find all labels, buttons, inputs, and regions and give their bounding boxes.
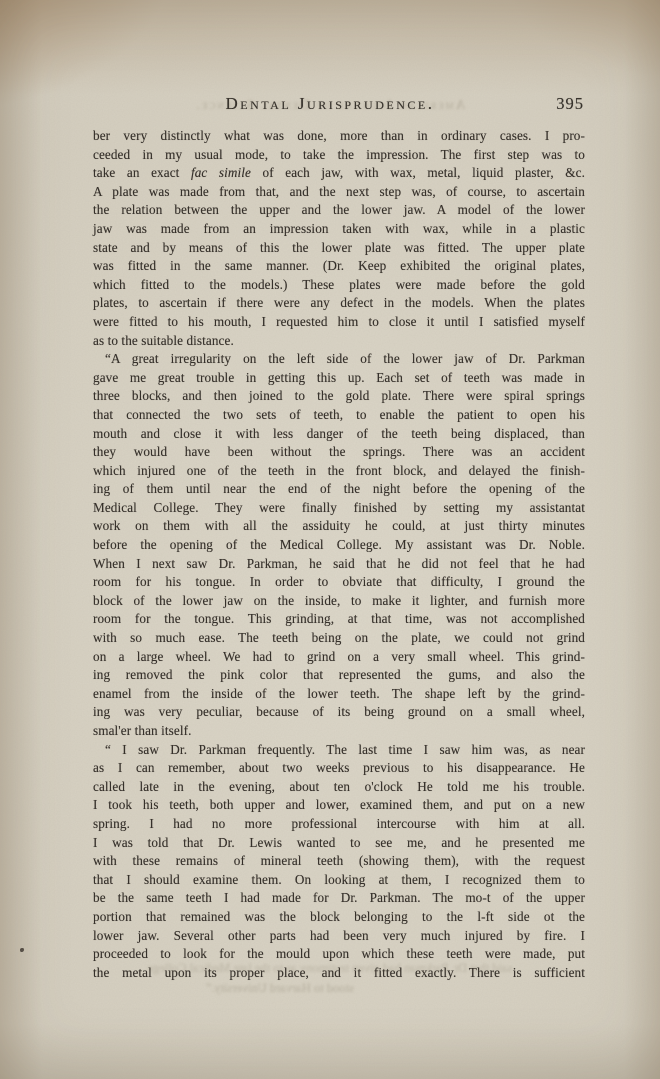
body-line: ceeded in my usual mode, to take the imp… bbox=[93, 146, 585, 165]
body-line: room for his tongue. In order to obviate… bbox=[93, 573, 585, 592]
body-line: with these remains of mineral teeth (sho… bbox=[93, 852, 585, 871]
body-line: block of the lower jaw on the inside, to… bbox=[93, 592, 585, 611]
body-line: the metal upon its proper place, and it … bbox=[93, 964, 585, 983]
body-line: be the same teeth I had made for Dr. Par… bbox=[93, 889, 585, 908]
body-line: state and by means of this the lower pla… bbox=[93, 239, 585, 258]
body-line: take an exact fac simile of each jaw, wi… bbox=[93, 164, 585, 183]
body-line: ber very distinctly what was done, more … bbox=[93, 127, 585, 146]
body-line: were fitted to his mouth, I requested hi… bbox=[93, 313, 585, 332]
body-line: which injured one of the teeth in the fr… bbox=[93, 462, 585, 481]
body-line: three blocks, and then joined to the gol… bbox=[93, 387, 585, 406]
body-line: ing of them until near the end of the ni… bbox=[93, 480, 585, 499]
body-line: gave me great trouble in getting this up… bbox=[93, 369, 585, 388]
body-line: mouth and close it with less danger of t… bbox=[93, 425, 585, 444]
body-line: spring. I had no more professional inter… bbox=[93, 815, 585, 834]
body-line: When I next saw Dr. Parkman, he said tha… bbox=[93, 555, 585, 574]
body-line: Medical College. They were finally finis… bbox=[93, 499, 585, 518]
running-head: Dental Jurisprudence. 395 bbox=[0, 94, 660, 118]
body-line: the relation between the upper and the l… bbox=[93, 201, 585, 220]
body-line: before the opening of the Medical Colleg… bbox=[93, 536, 585, 555]
body-line: ing removed the pink color that represen… bbox=[93, 666, 585, 685]
body-line: was fitted in the same manner. (Dr. Keep… bbox=[93, 257, 585, 276]
body-line: ing was very peculiar, because of its be… bbox=[93, 703, 585, 722]
body-line: they would have been without the springs… bbox=[93, 443, 585, 462]
body-line: proceeded to look for the mould upon whi… bbox=[93, 945, 585, 964]
body-line: lower jaw. Several other parts had been … bbox=[93, 927, 585, 946]
body-line: “ I saw Dr. Parkman frequently. The last… bbox=[93, 741, 585, 760]
body-line: as I can remember, about two weeks previ… bbox=[93, 759, 585, 778]
body-line: A plate was made from that, and the next… bbox=[93, 183, 585, 202]
body-line: called late in the evening, about ten o'… bbox=[93, 778, 585, 797]
scanned-book-page: American Journal of Dental Science. Dent… bbox=[0, 0, 660, 1079]
body-line: enamel from the inside of the lower teet… bbox=[93, 685, 585, 704]
body-line: smal'er than itself. bbox=[93, 722, 585, 741]
body-line: plates, to ascertain if there were any d… bbox=[93, 294, 585, 313]
body-text: ber very distinctly what was done, more … bbox=[93, 127, 585, 982]
body-line: that I should examine them. On looking a… bbox=[93, 871, 585, 890]
body-line: which fitted to the models.) These plate… bbox=[93, 276, 585, 295]
body-line: portion that remained was the block belo… bbox=[93, 908, 585, 927]
body-line: that connected the two sets of teeth, to… bbox=[93, 406, 585, 425]
body-line: room for the tongue. This grinding, at t… bbox=[93, 610, 585, 629]
page-number: 395 bbox=[556, 94, 584, 114]
bleed-through-footer-line: stood to Harvard University.” bbox=[205, 981, 355, 996]
body-line: on a large wheel. We had to grind on a v… bbox=[93, 648, 585, 667]
body-line: I took his teeth, both upper and lower, … bbox=[93, 796, 585, 815]
body-line: work on them with all the assiduity he c… bbox=[93, 517, 585, 536]
body-line: with so much ease. The teeth being on th… bbox=[93, 629, 585, 648]
ink-speck bbox=[20, 948, 24, 952]
body-line: “A great irregularity on the left side o… bbox=[93, 350, 585, 369]
body-line: I was told that Dr. Lewis wanted to see … bbox=[93, 834, 585, 853]
body-line: jaw was made from an impression taken wi… bbox=[93, 220, 585, 239]
body-line: as to the suitable distance. bbox=[93, 332, 585, 351]
